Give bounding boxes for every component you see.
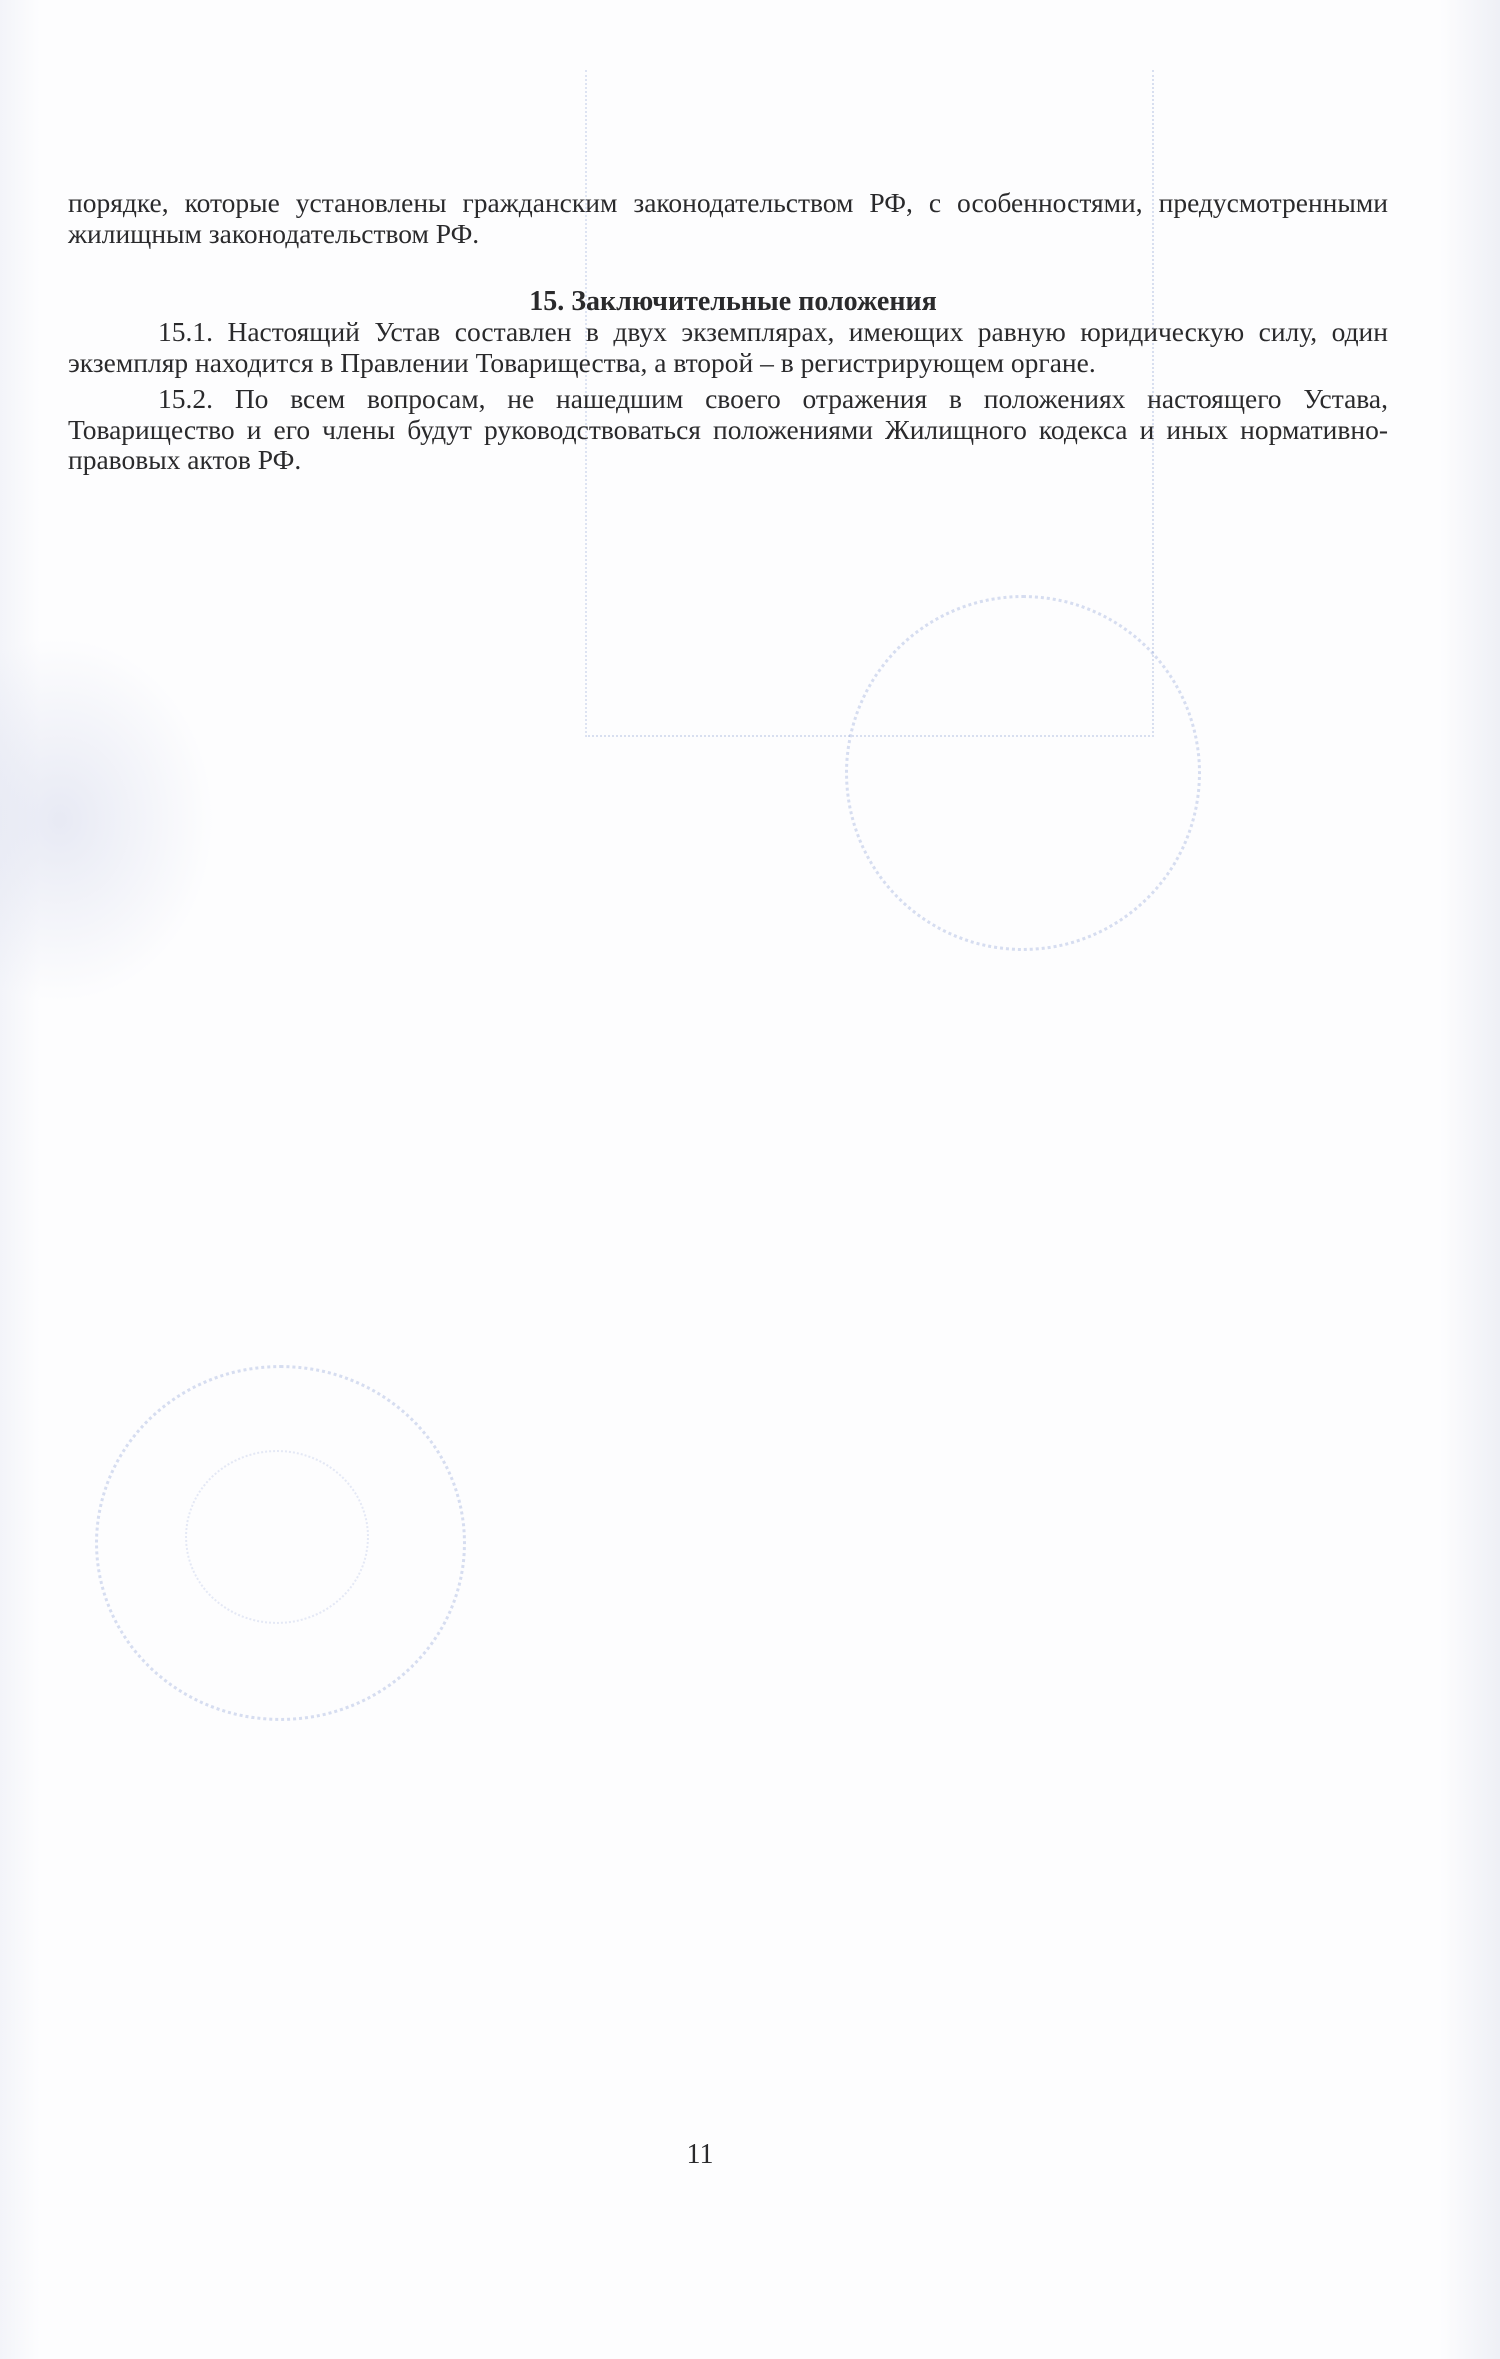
continuation-paragraph: порядке, которые установлены гражданским… [68,188,1388,249]
clause-15-2: 15.2. По всем вопросам, не нашедшим свое… [68,384,1388,476]
document-body: порядке, которые установлены гражданским… [68,188,1388,476]
round-seal-trace-right [845,595,1201,951]
clause-15-1: 15.1. Настоящий Устав составлен в двух э… [68,317,1388,378]
section-heading: 15. Заключительные положения [68,287,1388,317]
scanned-page: порядке, которые установлены гражданским… [0,0,1500,2359]
page-number: 11 [0,2140,1400,2170]
round-seal-inner-ring [185,1450,369,1624]
